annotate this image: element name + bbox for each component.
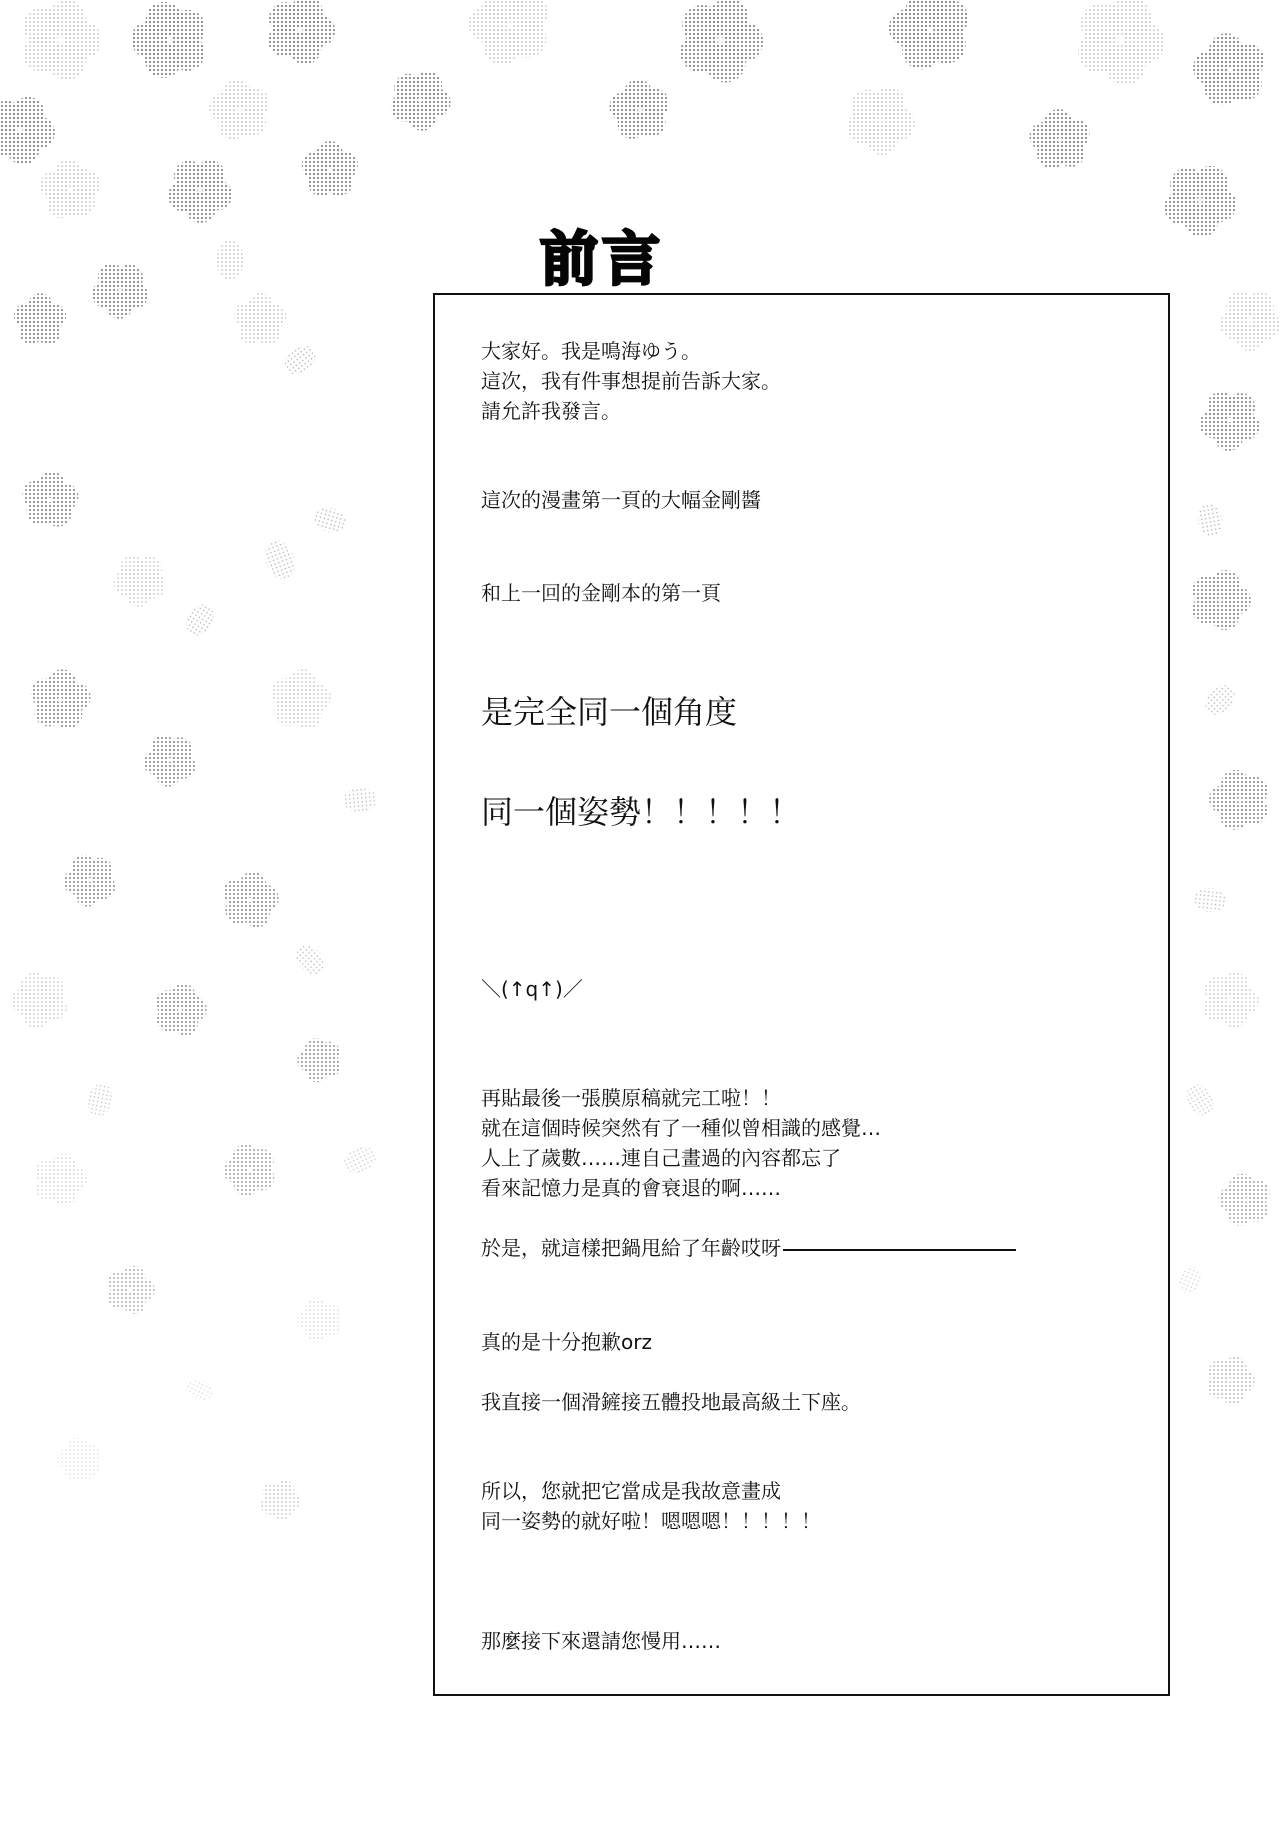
preface-text-line: 那麼接下來還請您慢用……	[481, 1629, 721, 1653]
preface-text: 這次，我有件事想提前告訴大家。	[481, 369, 781, 393]
preface-text-line: 同一個姿勢！！！！！	[481, 793, 801, 831]
preface-text: 再貼最後一張膜原稿就完工啦！！	[481, 1086, 781, 1110]
preface-text-line: ＼(↑q↑)／	[481, 977, 583, 1001]
preface-text: 我直接一個滑鏟接五體投地最高級土下座。	[481, 1390, 861, 1414]
preface-text: 這次的漫畫第一頁的大幅金剛醬	[481, 488, 761, 512]
preface-text-line: 所以，您就把它當成是我故意畫成	[481, 1479, 781, 1503]
preface-text: 人上了歲數……連自己畫過的內容都忘了	[481, 1146, 841, 1170]
page-title: 前言	[540, 212, 664, 296]
preface-text: ＼(↑q↑)／	[481, 977, 583, 1001]
preface-text: 真的是十分抱歉orz	[481, 1330, 652, 1354]
preface-text-line: 我直接一個滑鏟接五體投地最高級土下座。	[481, 1390, 861, 1414]
preface-text-line: 真的是十分抱歉orz	[481, 1330, 652, 1354]
preface-text: 於是，就這樣把鍋甩給了年齡哎呀	[481, 1236, 781, 1260]
preface-text-line: 就在這個時候突然有了一種似曾相識的感覺…	[481, 1116, 881, 1140]
preface-text: 和上一回的金剛本的第一頁	[481, 581, 721, 605]
preface-text: 同一個姿勢！！！！！	[481, 793, 801, 831]
preface-text-line: 這次，我有件事想提前告訴大家。	[481, 369, 781, 393]
preface-text-line: 和上一回的金剛本的第一頁	[481, 581, 721, 605]
preface-text-line: 大家好。我是鳴海ゆう。	[481, 339, 701, 363]
preface-text: 那麼接下來還請您慢用……	[481, 1629, 721, 1653]
preface-text-line: 人上了歲數……連自己畫過的內容都忘了	[481, 1146, 841, 1170]
preface-text: 看來記憶力是真的會衰退的啊……	[481, 1176, 781, 1200]
long-dash-line	[783, 1249, 1016, 1251]
preface-text: 大家好。我是鳴海ゆう。	[481, 339, 701, 363]
preface-text-line: 再貼最後一張膜原稿就完工啦！！	[481, 1086, 781, 1110]
preface-text-line: 同一姿勢的就好啦！嗯嗯嗯！！！！！	[481, 1509, 821, 1533]
preface-text-line: 於是，就這樣把鍋甩給了年齡哎呀	[481, 1236, 1016, 1260]
preface-text-line: 看來記憶力是真的會衰退的啊……	[481, 1176, 781, 1200]
preface-text: 請允許我發言。	[481, 399, 621, 423]
preface-text-line: 請允許我發言。	[481, 399, 621, 423]
preface-text-line: 這次的漫畫第一頁的大幅金剛醬	[481, 488, 761, 512]
preface-text-box: 大家好。我是鳴海ゆう。這次，我有件事想提前告訴大家。請允許我發言。這次的漫畫第一…	[433, 293, 1170, 1696]
preface-text: 所以，您就把它當成是我故意畫成	[481, 1479, 781, 1503]
preface-text: 就在這個時候突然有了一種似曾相識的感覺…	[481, 1116, 881, 1140]
preface-text: 是完全同一個角度	[481, 693, 737, 731]
preface-text: 同一姿勢的就好啦！嗯嗯嗯！！！！！	[481, 1509, 821, 1533]
preface-text-line: 是完全同一個角度	[481, 693, 737, 731]
